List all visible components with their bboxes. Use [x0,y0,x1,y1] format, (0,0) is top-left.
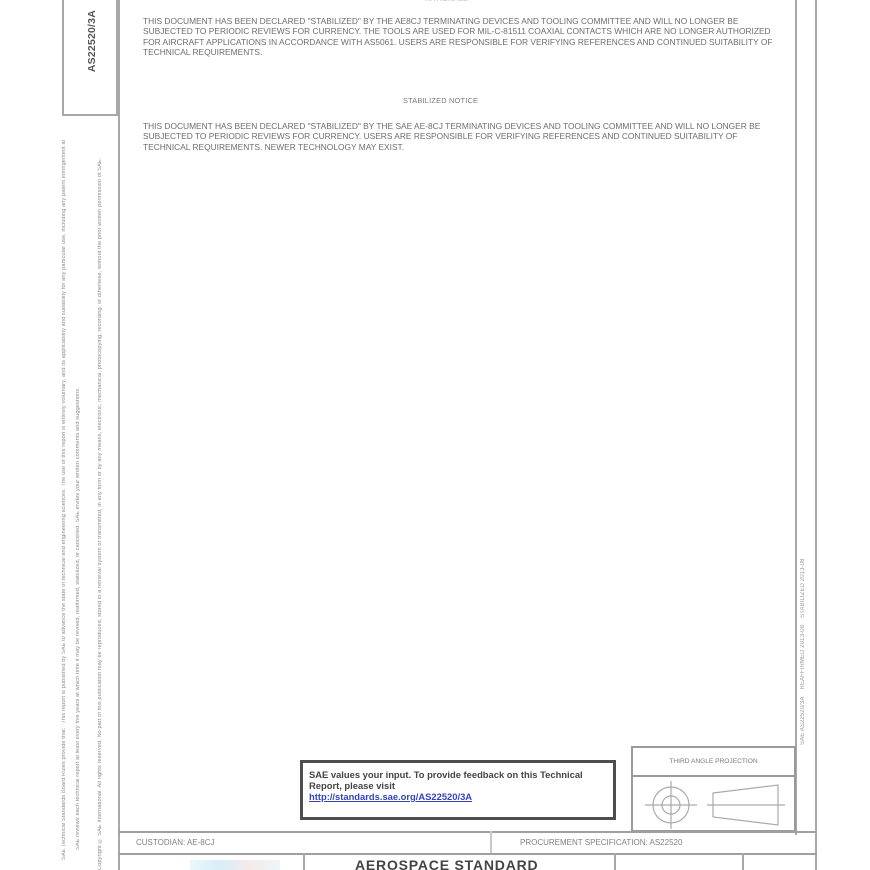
title-block-divider-2 [614,853,616,870]
third-angle-projection-box: THIRD ANGLE PROJECTION [631,746,796,832]
doc-number: AS22520/3A [86,10,98,72]
legal-notice-line-3: Copyright © SAE International. All right… [98,125,104,870]
feedback-text: SAE values your input. To provide feedba… [309,769,583,791]
stabilized-notice-paragraph: THIS DOCUMENT HAS BEEN DECLARED "STABILI… [143,121,773,152]
title-block-divider-3 [742,853,744,870]
rationale-paragraph: THIS DOCUMENT HAS BEEN DECLARED "STABILI… [143,16,773,58]
frame-right-inner-line [795,0,797,835]
frame-right-outer-line [815,0,817,870]
sae-logo [190,860,280,870]
stabilized-notice-heading: STABILIZED NOTICE [403,96,478,105]
procurement-spec-label: PROCUREMENT SPECIFICATION: AS22520 [520,838,682,847]
custodian-label: CUSTODIAN: AE-8CJ [136,838,215,847]
right-margin-line-3: STABILIZED 2013-08 [800,559,806,618]
projection-symbol-icon [633,777,793,833]
right-margin-text: SAE AS22520/3A REAFFIRMED 2013-08 STABIL… [800,565,806,745]
title-block-mid-line [118,853,817,855]
title-block-divider-4 [490,831,492,853]
right-margin-line-2: REAFFIRMED 2013-08 [800,625,806,690]
feedback-box: SAE values your input. To provide feedba… [300,760,616,820]
legal-notice-line-1: SAE Technical Standards Board Rules prov… [62,140,68,860]
feedback-link[interactable]: http://standards.sae.org/AS22520/3A [309,791,607,802]
aerospace-standard-title: AEROSPACE STANDARD [355,857,538,870]
legal-notice-line-2: SAE reviews each technical report at lea… [76,230,82,850]
doc-number-box: AS22520/3A [62,0,118,116]
rationale-heading: RATIONALE [425,0,468,3]
title-block-top-line [118,831,817,833]
frame-left-line [118,0,120,870]
projection-title: THIRD ANGLE PROJECTION [633,748,794,777]
title-block-divider-1 [303,853,305,870]
right-margin-line-1: SAE AS22520/3A [800,697,806,745]
